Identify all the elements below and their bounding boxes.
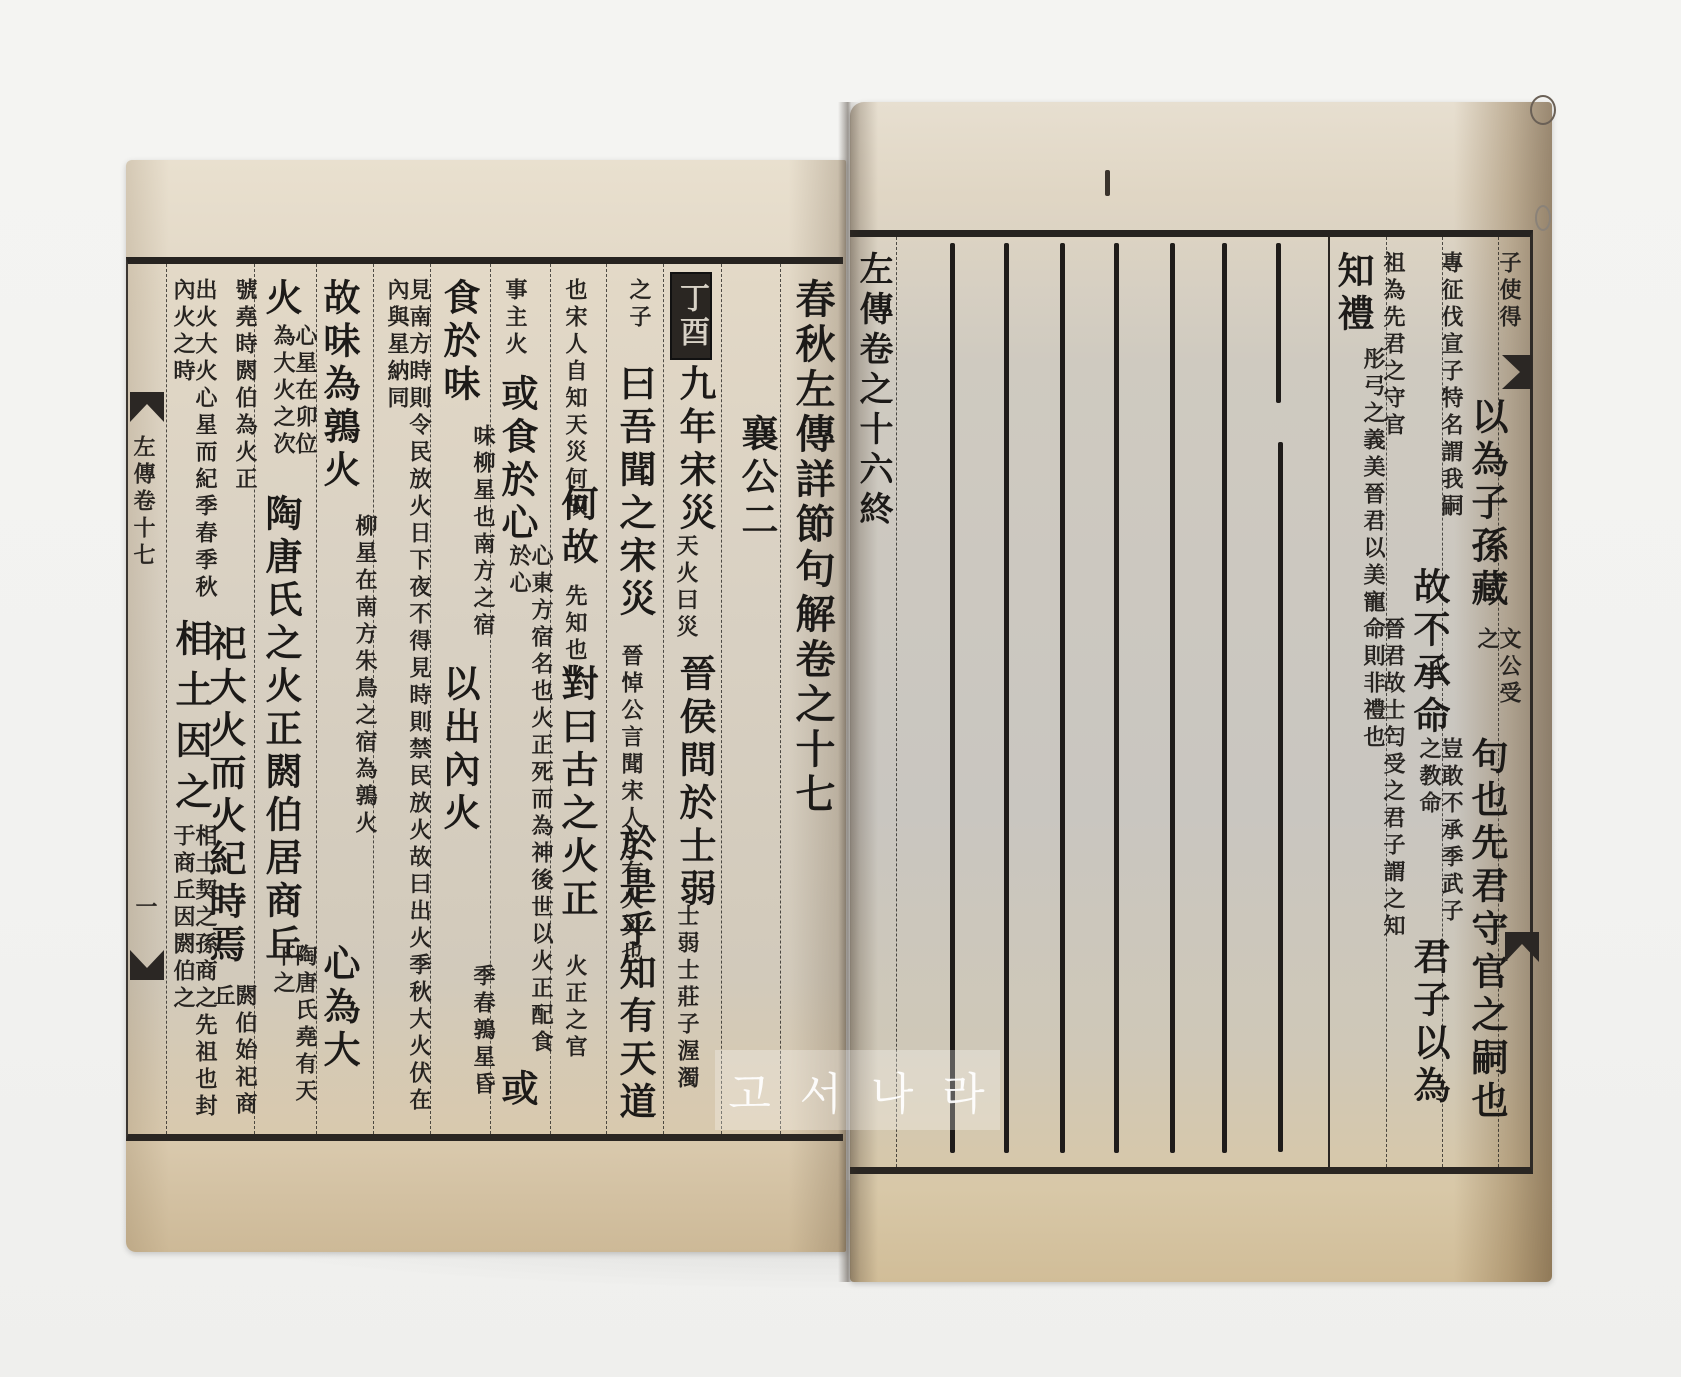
watermark-char: 고 (728, 1058, 773, 1122)
volume-title: 春秋左傳詳節句解卷之十七 (792, 278, 832, 818)
annotation: 柳星在南方朱鳥之宿為鶉火 (324, 514, 376, 934)
text-column: 晉侯問於士弱 (676, 654, 713, 912)
text-column: 相土因之 (172, 619, 209, 823)
column-rule (1328, 237, 1330, 1167)
margin-page-number: 一 (134, 895, 156, 922)
annotation: 專征伐宣子特名謂我嗣 (1412, 251, 1462, 531)
text-column: 九年宋災 (676, 364, 713, 536)
reign-heading: 襄公二 (738, 414, 775, 543)
empty-column-rule (1114, 243, 1119, 1153)
ink-mark (1105, 170, 1110, 196)
empty-column-rule (1170, 243, 1175, 1153)
column-rule (166, 264, 167, 1134)
text-column: 知禮 (1334, 251, 1371, 337)
year-stamp: 丁酉 (670, 272, 712, 360)
text-column: 食於味 (440, 278, 477, 407)
text-column: 或 (498, 1069, 535, 1112)
watermark-char: 라 (942, 1058, 987, 1122)
text-column: 君子以為 (1410, 937, 1447, 1109)
annotation: 天火曰災 (673, 534, 697, 642)
watermark: 고 서 나 라 (715, 1050, 1000, 1130)
annotation: 心星在卯位為大火之次 (264, 324, 316, 474)
annotation: 彤弓之義美晉君以美寵命則非禮也 (1334, 347, 1384, 1087)
annotation: 事主火 (504, 278, 526, 359)
text-column: 或食於心 (498, 374, 535, 546)
annotation: 季春鶉星昏 (442, 964, 494, 1114)
annotation: 出火大火心星而紀季春季秋內火之時 (168, 278, 216, 608)
annotation: 豈敢不承季武子之教命 (1412, 737, 1462, 927)
annotation: 文公受之 (1470, 627, 1520, 727)
watermark-char: 서 (800, 1058, 845, 1122)
volume-end-title: 左傳卷之十六終 (856, 251, 890, 531)
empty-column-rule (950, 243, 955, 1153)
text-column: 火 (262, 278, 299, 321)
annotation: 味柳星也南方之宿 (442, 424, 494, 644)
binding-thread (1530, 95, 1556, 125)
text-column: 以為子孫藏 (1468, 397, 1505, 612)
text-column: 故不承命 (1410, 567, 1447, 739)
annotation: 子使得 (1470, 251, 1520, 401)
text-column: 對曰古之火正 (558, 664, 595, 922)
column-rule (606, 264, 607, 1134)
left-page-frame: 春秋左傳詳節句解卷之十七 襄公二 丁酉 九年宋災 天火曰災 晉侯問於士弱 士弱士… (126, 257, 843, 1141)
annotation: 相土契之孫商之先祖也封于商丘因閼伯之 (168, 824, 216, 1124)
text-column: 曰吾聞之宋災 (616, 364, 653, 622)
empty-column-rule (1276, 243, 1281, 403)
empty-column-rule (1278, 442, 1283, 1152)
column-rule (721, 264, 722, 1134)
text-column: 故味為鶉火 (320, 278, 357, 493)
empty-column-rule (1222, 243, 1227, 1153)
annotation: 陶唐氏堯有天下之 (264, 944, 316, 1124)
column-rule (780, 264, 781, 1134)
text-column: 於是乎知有天道 (616, 824, 653, 1125)
margin-title: 左傳卷十七 (132, 435, 154, 570)
annotation: 先知也 (564, 584, 586, 665)
right-page-frame: 左傳卷之十六終 子使得 以為子孫藏 文公受之 句也先君守官之嗣也 專征伐宣子特名… (850, 230, 1533, 1174)
column-rule (896, 237, 897, 1167)
text-column: 何故 (558, 484, 595, 570)
annotation: 見南方時則令民放火日下夜不得見時則禁民放火故曰出火季秋大火伏在內與星納同 (378, 278, 430, 1118)
annotation: 心東方宿名也火正死而為神後世以火正配食於心 (500, 544, 552, 1064)
annotation: 士弱士莊子渥濁 (676, 904, 698, 1093)
annotation: 之子 (628, 278, 650, 332)
empty-column-rule (1004, 243, 1009, 1153)
empty-column-rule (1060, 243, 1065, 1153)
column-rule (663, 264, 664, 1134)
text-column: 心為大 (320, 944, 357, 1073)
binding-thread (1535, 205, 1551, 231)
text-column: 陶唐氏之火正閼伯居商丘 (262, 494, 299, 967)
text-column: 句也先君守官之嗣也 (1468, 737, 1505, 1124)
text-column: 以出內火 (440, 664, 477, 836)
annotation: 火正之官 (564, 954, 586, 1062)
watermark-char: 나 (871, 1058, 916, 1122)
